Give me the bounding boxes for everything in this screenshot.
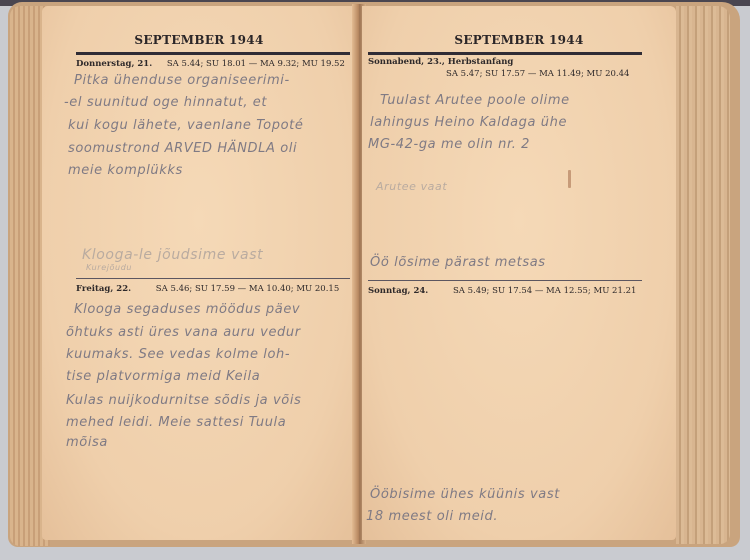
day-header-saturday: Sonnabend, 23., Herbstanfang (368, 57, 513, 67)
page-edges-right (676, 6, 730, 544)
month-header-right: SEPTEMBER 1944 (362, 33, 676, 47)
sun-moon-times: SA 5.46; SU 17.59 — MA 10.40; MU 20.15 (156, 284, 339, 294)
handwritten-line: tise platvormiga meid Keila (66, 366, 260, 388)
day-header-sunday: Sonntag, 24. SA 5.49; SU 17.54 — MA 12.5… (368, 286, 636, 296)
handwritten-line-faint: Arutee vaat (376, 176, 447, 198)
handwritten-line: MG-42-ga me olin nr. 2 (368, 134, 530, 156)
day-label: Sonnabend, 23., Herbstanfang (368, 57, 513, 67)
handwritten-line: -el suunitud oge hinnatut, et (64, 92, 267, 114)
ink-mark (568, 170, 571, 188)
handwritten-line: 18 meest oli meid. (366, 506, 498, 528)
sun-moon-times: SA 5.44; SU 18.01 — MA 9.32; MU 19.52 (167, 59, 345, 69)
handwritten-line: kui kogu lähete, vaenlane Topoté (68, 115, 303, 137)
handwritten-line: lahingus Heino Kaldaga ühe (370, 112, 567, 134)
handwritten-line: kuumaks. See vedas kolme loh- (66, 344, 290, 366)
right-page: SEPTEMBER 1944 Sonnabend, 23., Herbstanf… (362, 6, 676, 540)
day-divider (76, 278, 350, 279)
header-rule (368, 52, 642, 55)
handwritten-line: mõisa (66, 432, 108, 454)
day-label: Freitag, 22. (76, 284, 131, 294)
month-header-left: SEPTEMBER 1944 (42, 33, 356, 47)
day-header-friday: Freitag, 22. SA 5.46; SU 17.59 — MA 10.4… (76, 284, 339, 294)
handwritten-line: mehed leidi. Meie sattesi Tuula (66, 412, 286, 434)
handwritten-line: meie komplükks (68, 160, 183, 182)
left-page: SEPTEMBER 1944 Donnerstag, 21. SA 5.44; … (42, 6, 356, 540)
handwritten-line: Pitka ühenduse organiseerimi- (74, 70, 290, 92)
sun-moon-times: SA 5.49; SU 17.54 — MA 12.55; MU 21.21 (453, 286, 636, 296)
day-header-thursday: Donnerstag, 21. SA 5.44; SU 18.01 — MA 9… (76, 59, 345, 69)
sun-moon-times: SA 5.47; SU 17.57 — MA 11.49; MU 20.44 (446, 69, 629, 79)
handwritten-line: Kurejõudu (86, 262, 132, 274)
day-label: Sonntag, 24. (368, 286, 428, 296)
handwritten-line: Kulas nuijkodurnitse sõdis ja võis (66, 390, 301, 412)
handwritten-line: Tuulast Arutee poole olime (380, 90, 570, 112)
handwritten-line: Klooga segaduses möödus päev (74, 299, 300, 321)
day-divider (368, 280, 642, 281)
handwritten-line: soomustrond ARVED HÄNDLA oli (68, 138, 297, 160)
day-label: Donnerstag, 21. (76, 59, 152, 69)
handwritten-line: Ööbisime ühes küünis vast (370, 484, 560, 506)
header-rule (76, 52, 350, 55)
handwritten-line: õhtuks asti üres vana auru vedur (66, 322, 301, 344)
handwritten-line: Öö lõsime pärast metsas (370, 252, 546, 274)
